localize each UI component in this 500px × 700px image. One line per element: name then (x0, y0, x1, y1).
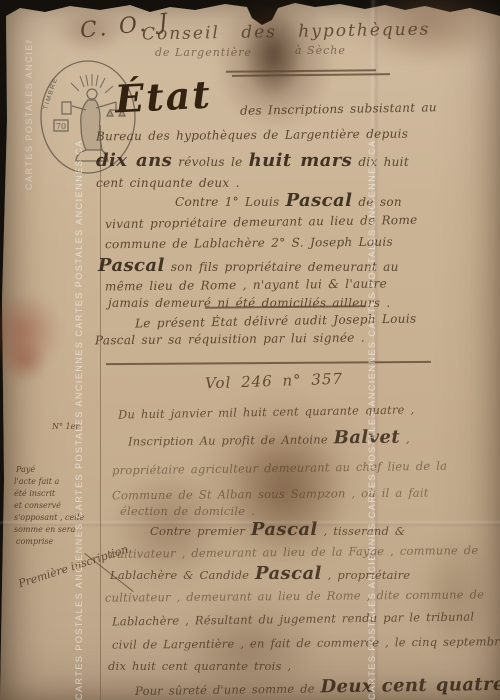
doc-line: Commune de St Alban sous Sampzon , où il… (112, 486, 429, 503)
doc-line: Lablachère & Candide Pascal , propriétai… (110, 563, 410, 584)
watermark-strip-short: CARTES POSTALES ANCIENNES CARTES POSTALE… (24, 40, 34, 190)
header-subtitle-left: de Largentière (155, 46, 252, 59)
watermark-strip-left: CARTES POSTALES ANCIENNES CARTES POSTALE… (74, 140, 84, 700)
scanned-document-photo: 70 TIMBRE C. O. J Conseil des hypothèque… (0, 0, 500, 700)
highlight-pascal: Pascal (98, 255, 165, 276)
doc-line: cent cinquante deux . (96, 176, 240, 190)
margin-rule (100, 125, 101, 700)
doc-line: élection de domicile . (120, 504, 255, 518)
highlight-huit-mars: huit mars (249, 150, 353, 171)
doc-line: même lieu de Rome , n'ayant lui & l'autr… (105, 277, 387, 294)
doc-line: dix huit cent quarante trois , (108, 659, 291, 673)
doc-text: , tisserand & (318, 524, 406, 538)
margin-note-line: l'acte fait a (14, 477, 59, 486)
margin-note-line: comprise (16, 537, 53, 546)
doc-text: dix huit (352, 155, 409, 169)
doc-title-word: État (114, 72, 213, 122)
highlight-pascal: Pascal (286, 190, 353, 211)
doc-text: , (400, 432, 410, 446)
doc-text: Pour sûreté d'une somme de (135, 681, 321, 698)
margin-note-line: et conservé (14, 501, 61, 510)
doc-text: Inscription Au profit de Antoine (128, 432, 334, 448)
highlight-sum: Deux cent quatre vingt (320, 673, 500, 697)
doc-text: Lablachère & Candide (110, 568, 255, 582)
margin-note-line: Payé (16, 465, 35, 474)
margin-note-line: somme en sera (14, 525, 75, 534)
doc-text: de son (352, 195, 402, 209)
doc-line: Bureau des hypothèques de Largentière de… (96, 127, 408, 144)
watermark-strip-right: CARTES POSTALES ANCIENNES CARTES POSTALE… (367, 140, 377, 700)
header-subtitle-right: à Sèche (295, 44, 346, 57)
margin-note-line: été inscrit (14, 489, 55, 498)
doc-line: commune de Lablachère 2° S. Joseph Louis (105, 235, 393, 252)
doc-line: dix ans révolus le huit mars dix huit (96, 150, 409, 171)
highlight-pascal: Pascal (255, 563, 322, 584)
doc-line: jamais demeuré ni été domiciliés ailleur… (108, 296, 390, 310)
doc-line: Pascal sur sa réquisition par lui signée… (95, 331, 365, 348)
highlight-pascal: Pascal (251, 519, 318, 540)
doc-text: révolus le (172, 155, 249, 169)
doc-line: Pascal son fils propriétaire demeurant a… (98, 255, 399, 276)
stamp-value: 70 (56, 122, 66, 131)
doc-text: son fils propriétaire demeurant au (165, 260, 399, 274)
doc-text: Contre 1° Louis (175, 195, 286, 209)
highlight-dix-ans: dix ans (96, 150, 172, 171)
doc-text: Contre premier (150, 524, 251, 538)
